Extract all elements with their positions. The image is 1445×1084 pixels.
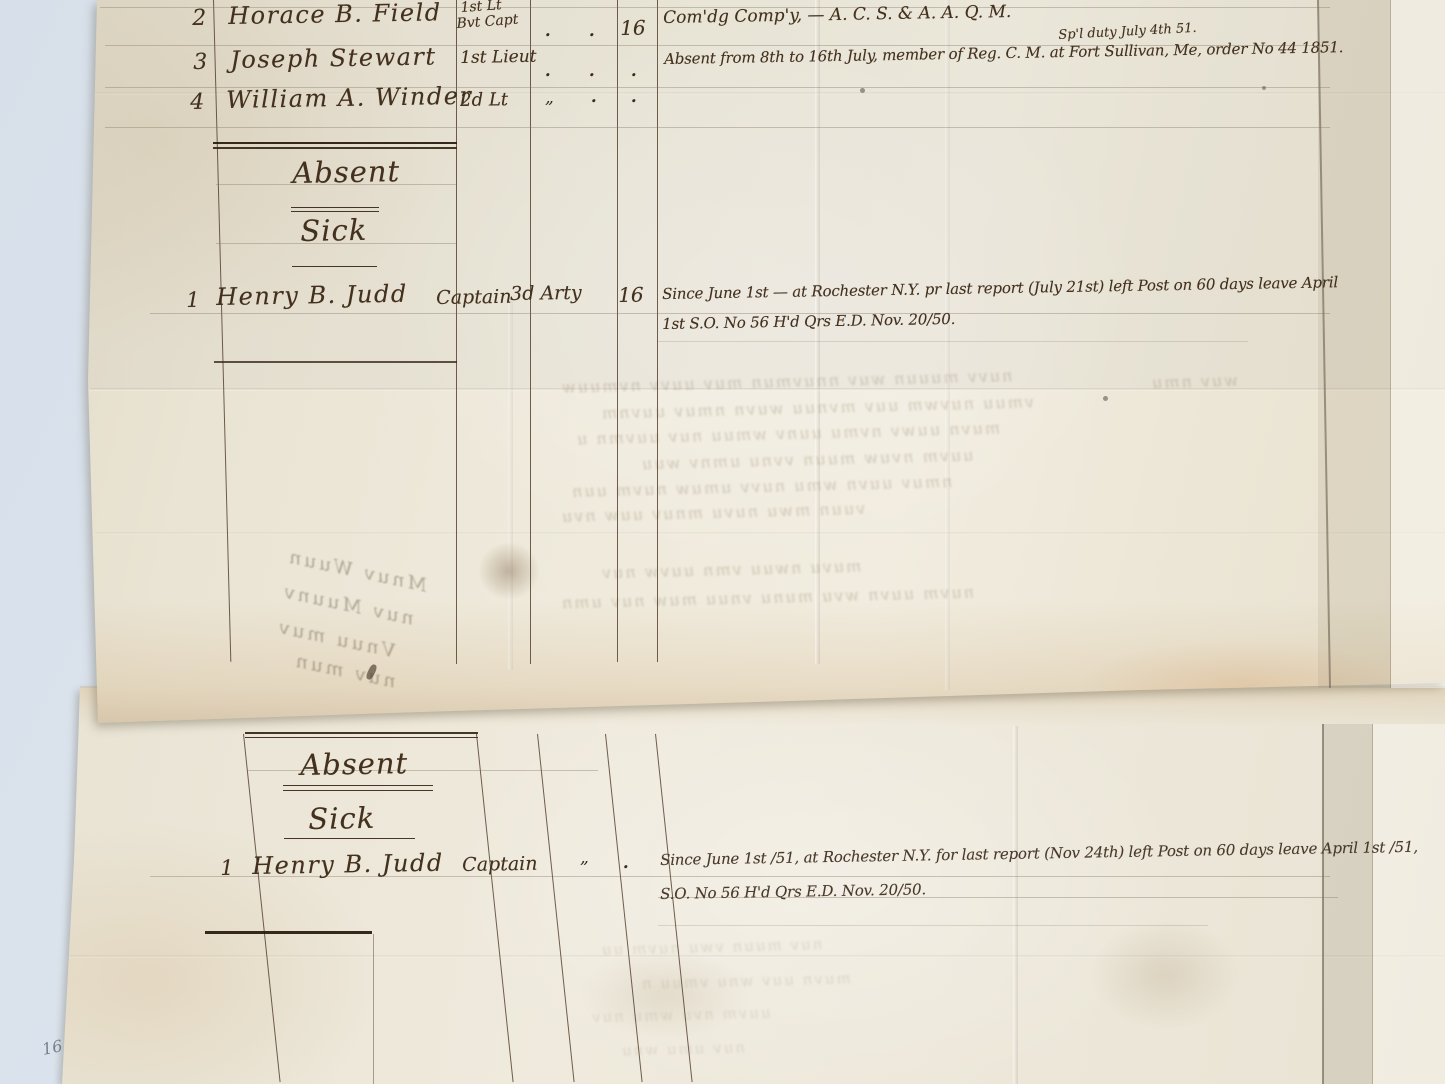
officer-name: Horace B. Field (228, 0, 442, 30)
officer-rank: 2d Lt (460, 89, 508, 111)
pencil-guide-line (658, 341, 1248, 342)
paper-fold-flap (1391, 0, 1445, 688)
dot-mark: . (590, 80, 598, 108)
ink-showthrough: wuv nmu (1150, 371, 1238, 392)
dot-mark: . (544, 54, 552, 82)
officer-name: Joseph Stewart (230, 42, 437, 74)
ink-smudge (478, 542, 540, 600)
fold-band (1318, 0, 1390, 688)
row-number: 4 (190, 90, 204, 115)
officer-rank: 1st Lieut (460, 47, 537, 68)
officer-name: William A. Winder (226, 82, 473, 114)
photograph-of-muster-roll: 16 nuv muun vwu nuvm uu muvn uuv wnu vmu… (0, 0, 1445, 1084)
row-number: 1 (186, 288, 200, 312)
company-number: 16 (620, 16, 646, 40)
row-number: 3 (193, 50, 207, 75)
officer-rank: Captain (436, 286, 512, 309)
section-bottom-rule (214, 361, 457, 363)
dot-mark: . (588, 54, 596, 82)
crease-line (508, 300, 513, 670)
header-underline (292, 266, 377, 267)
company-number: 16 (618, 283, 644, 307)
ink-fleck (1103, 396, 1108, 401)
pencil-guide-line (105, 127, 1330, 128)
regiment: 3d Arty (510, 282, 582, 305)
section-header-sick: Sick (300, 213, 368, 248)
dot-mark: . (588, 14, 596, 42)
dot-mark: . (544, 14, 552, 42)
ink-fleck (1262, 86, 1266, 90)
ditto-mark: „ (545, 88, 554, 108)
section-header-absent: Absent (292, 154, 400, 190)
crease-line (95, 532, 1445, 535)
row-number: 2 (192, 6, 206, 31)
header-underline (291, 211, 379, 212)
officer-name: Henry B. Judd (216, 280, 408, 311)
dot-mark: . (630, 54, 638, 82)
header-underline (291, 207, 379, 208)
section-top-rule (213, 147, 457, 149)
ink-fleck (860, 88, 865, 93)
dot-mark: . (630, 80, 638, 108)
section-top-rule (213, 142, 457, 144)
